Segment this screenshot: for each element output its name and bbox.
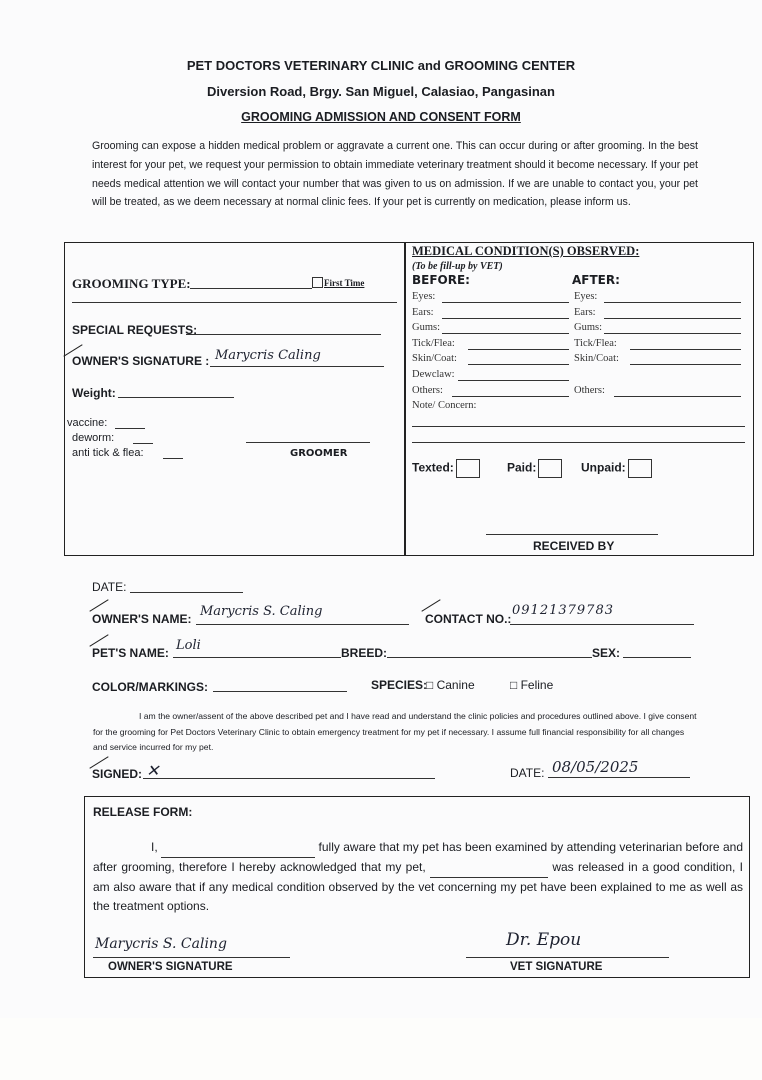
consent-date-value: 08/05/2025	[552, 758, 638, 776]
species-feline-option[interactable]: □ Feline	[510, 678, 553, 692]
breed-label: BREED:	[341, 646, 387, 660]
contact-field[interactable]	[510, 624, 694, 625]
after-field-label: Others:	[574, 385, 605, 396]
release-text-i: I,	[93, 840, 158, 854]
before-field-input[interactable]	[468, 364, 569, 365]
weight-label: Weight:	[72, 386, 116, 400]
before-field-label: Others:	[412, 385, 443, 396]
signed-label: SIGNED:	[92, 767, 142, 781]
unpaid-label: Unpaid:	[581, 461, 626, 475]
anti-tick-label: anti tick & flea:	[72, 447, 144, 459]
after-field-input[interactable]	[604, 318, 741, 319]
unpaid-checkbox[interactable]	[628, 459, 652, 478]
before-field-label: Gums:	[412, 322, 440, 333]
scan-background	[0, 1018, 762, 1080]
pet-name-value: Loli	[176, 638, 201, 653]
after-field-input[interactable]	[604, 333, 741, 334]
note-field-line2[interactable]	[412, 442, 745, 443]
anti-tick-field[interactable]	[163, 458, 183, 459]
sex-label: SEX:	[592, 646, 620, 660]
pet-name-label: PET'S NAME:	[92, 646, 169, 660]
received-by-field[interactable]	[486, 534, 658, 535]
texted-label: Texted:	[412, 461, 454, 475]
paid-label: Paid:	[507, 461, 536, 475]
grooming-type-field-line2[interactable]	[72, 302, 397, 303]
contact-value: 09121379783	[512, 603, 614, 618]
vaccine-field[interactable]	[115, 428, 145, 429]
release-owner-signature-field[interactable]	[93, 957, 290, 958]
after-field-input[interactable]	[630, 364, 741, 365]
after-field-input[interactable]	[630, 349, 741, 350]
note-field-line1[interactable]	[412, 426, 745, 427]
feline-label: Feline	[521, 678, 554, 692]
texted-row: Texted:	[412, 459, 480, 478]
received-by-label: RECEIVED BY	[533, 539, 614, 553]
medical-box	[404, 242, 754, 556]
after-field-input[interactable]	[604, 302, 741, 303]
after-field-label: Eyes:	[574, 291, 597, 302]
owner-name-field[interactable]	[196, 624, 409, 625]
species-canine-option[interactable]: □ Canine	[426, 678, 475, 692]
weight-field[interactable]	[118, 397, 234, 398]
owner-signature-label: OWNER'S SIGNATURE :	[72, 354, 209, 368]
canine-label: Canine	[437, 678, 475, 692]
release-pet-name-field[interactable]	[430, 858, 548, 878]
release-title: RELEASE FORM:	[93, 805, 192, 819]
before-field-label: Dewclaw:	[412, 369, 455, 380]
release-owner-signature-value: Marycris S. Caling	[95, 936, 227, 952]
before-field-input[interactable]	[458, 380, 569, 381]
unpaid-row: Unpaid:	[581, 459, 652, 478]
after-field-label: Ears:	[574, 307, 596, 318]
vaccine-label: vaccine:	[67, 417, 107, 429]
species-label: SPECIES:	[371, 678, 427, 692]
before-field-input[interactable]	[442, 333, 569, 334]
medical-title: MEDICAL CONDITION(S) OBSERVED:	[412, 244, 639, 259]
owner-signature-field[interactable]	[210, 366, 384, 367]
checkbox-icon: □	[426, 678, 433, 692]
owner-name-value: Marycris S. Caling	[200, 604, 323, 619]
color-markings-field[interactable]	[213, 691, 347, 692]
after-field-label: Gums:	[574, 322, 602, 333]
release-owner-name-field[interactable]	[161, 838, 315, 858]
paid-checkbox[interactable]	[538, 459, 562, 478]
checkbox-icon: □	[510, 678, 517, 692]
date-label: DATE:	[92, 580, 126, 594]
deworm-label: deworm:	[72, 432, 114, 444]
date-field[interactable]	[130, 592, 243, 593]
after-field-label: Skin/Coat:	[574, 353, 619, 364]
vet-signature-field[interactable]	[466, 957, 669, 958]
groomer-signature-field[interactable]	[246, 442, 370, 443]
form-title: GROOMING ADMISSION AND CONSENT FORM	[0, 110, 762, 124]
special-requests-field[interactable]	[186, 334, 381, 335]
grooming-type-field[interactable]	[190, 288, 312, 289]
clinic-address: Diversion Road, Brgy. San Miguel, Calasi…	[0, 84, 762, 99]
before-label: BEFORE:	[412, 273, 470, 287]
pet-name-field[interactable]	[173, 657, 341, 658]
contact-label: CONTACT NO.:	[425, 612, 511, 626]
first-time-checkbox[interactable]	[312, 277, 323, 288]
deworm-field[interactable]	[133, 443, 153, 444]
special-requests-label: SPECIAL REQUESTS:	[72, 323, 197, 337]
note-label: Note/ Concern:	[412, 400, 476, 411]
grooming-type-label: GROOMING TYPE:	[72, 276, 191, 292]
first-time-label: First Time	[324, 278, 364, 288]
release-owner-signature-label: OWNER'S SIGNATURE	[108, 961, 233, 973]
owner-signature-value: Marycris Caling	[215, 348, 321, 363]
before-field-label: Eyes:	[412, 291, 435, 302]
breed-field[interactable]	[387, 657, 592, 658]
groomer-label: GROOMER	[290, 448, 347, 459]
before-field-input[interactable]	[452, 396, 569, 397]
consent-date-label: DATE:	[510, 766, 544, 780]
after-field-input[interactable]	[614, 396, 741, 397]
vet-signature-value: Dr. Epou	[506, 930, 581, 950]
medical-subtitle: (To be fill-up by VET)	[412, 261, 503, 272]
signed-field[interactable]	[143, 778, 435, 779]
before-field-input[interactable]	[468, 349, 569, 350]
sex-field[interactable]	[623, 657, 691, 658]
after-label: AFTER:	[572, 273, 620, 287]
release-text: I, fully aware that my pet has been exam…	[93, 838, 743, 916]
signed-value: ✕	[146, 761, 159, 780]
before-field-input[interactable]	[442, 318, 569, 319]
intro-paragraph: Grooming can expose a hidden medical pro…	[92, 137, 698, 212]
before-field-label: Tick/Flea:	[412, 338, 455, 349]
consent-date-field[interactable]	[548, 777, 690, 778]
texted-checkbox[interactable]	[456, 459, 480, 478]
before-field-label: Ears:	[412, 307, 434, 318]
clinic-name: PET DOCTORS VETERINARY CLINIC and GROOMI…	[0, 58, 762, 73]
owner-name-label: OWNER'S NAME:	[92, 612, 192, 626]
vet-signature-label: VET SIGNATURE	[510, 961, 602, 973]
color-markings-label: COLOR/MARKINGS:	[92, 680, 208, 694]
before-field-input[interactable]	[442, 302, 569, 303]
consent-text: I am the owner/assent of the above descr…	[93, 709, 699, 756]
after-field-label: Tick/Flea:	[574, 338, 617, 349]
paid-row: Paid:	[507, 459, 562, 478]
before-field-label: Skin/Coat:	[412, 353, 457, 364]
